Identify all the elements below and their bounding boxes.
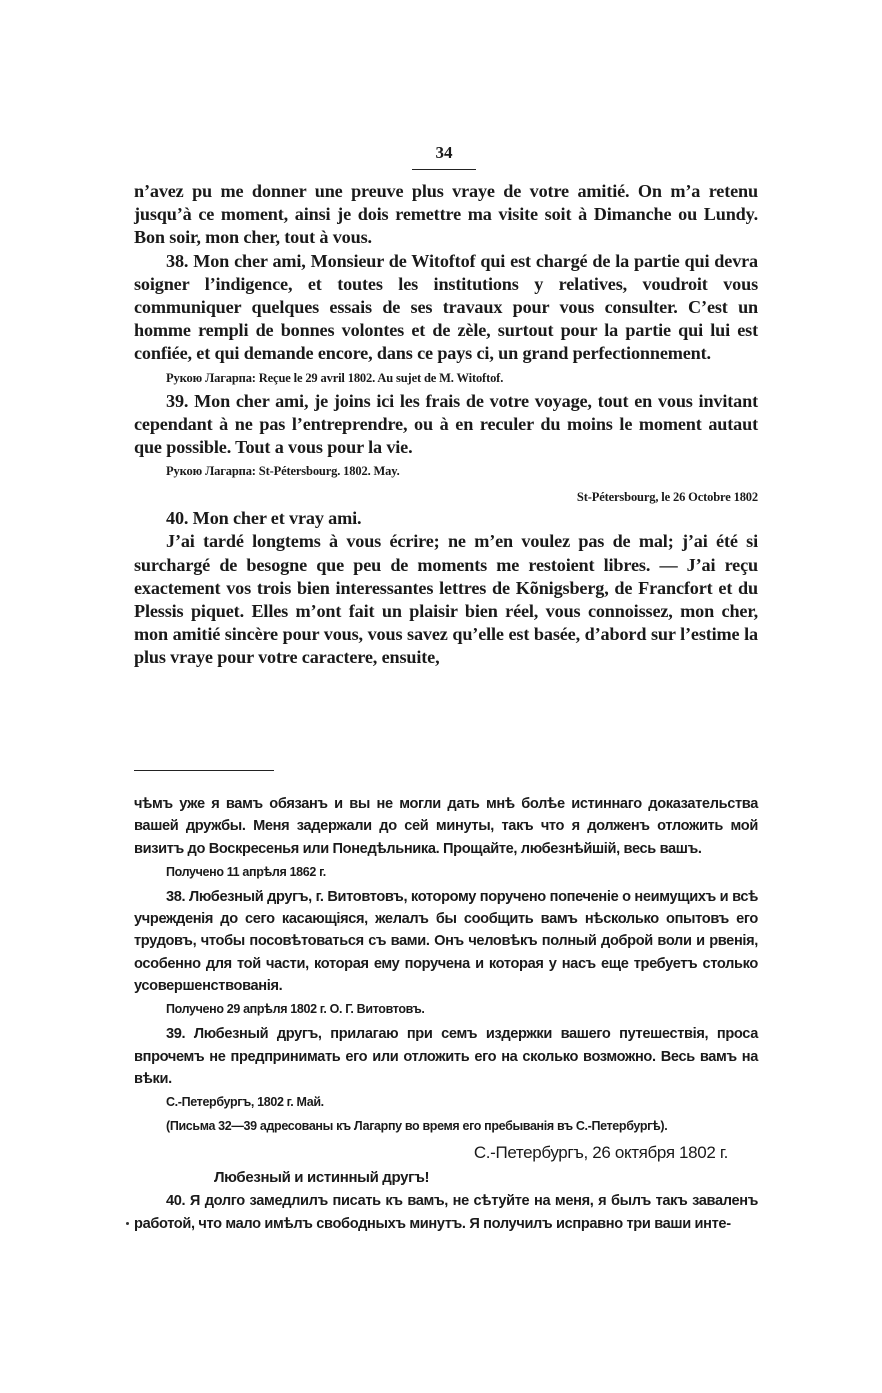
- letter-38-receipt-note: Рукою Лагарпа: Reçue le 29 avril 1802. A…: [134, 368, 758, 388]
- ru-editorial-note: (Письма 32—39 адресованы къ Лагарпу во в…: [134, 1116, 758, 1136]
- footnote-separator: [134, 770, 274, 771]
- ru-letter-38-paragraph: 38. Любезный другъ, г. Витовтовъ, которо…: [134, 886, 758, 997]
- letter-40-paragraph: J’ai tardé longtems à vous écrire; ne m’…: [134, 530, 758, 669]
- ru-letter-40-paragraph: 40. Я долго замедлилъ писать къ вамъ, не…: [134, 1190, 758, 1235]
- continuation-paragraph: n’avez pu me donner une preuve plus vray…: [134, 180, 758, 250]
- ru-letter-38-receipt-note: Получено 29 апрѣля 1802 г. О. Г. Витовто…: [134, 999, 758, 1019]
- letter-39-receipt-note: Рукою Лагарпа: St-Pétersbourg. 1802. May…: [134, 461, 758, 481]
- french-main-text: n’avez pu me donner une preuve plus vray…: [134, 180, 758, 670]
- letter-40-salutation: 40. Mon cher et vray ami.: [134, 507, 758, 530]
- scan-speck: [126, 1222, 129, 1225]
- page-header: 34: [412, 143, 476, 170]
- ru-continuation-receipt-note: Получено 11 апрѣля 1862 г.: [134, 862, 758, 882]
- page-number: 34: [412, 143, 476, 163]
- ru-letter-39-paragraph: 39. Любезный другъ, прилагаю при семъ из…: [134, 1023, 758, 1090]
- letter-38-paragraph: 38. Mon cher ami, Monsieur de Witoftof q…: [134, 250, 758, 366]
- ru-letter-40-salutation: Любезный и истинный другъ!: [134, 1166, 758, 1190]
- ru-letter-39-dateline-note: С.-Петербургъ, 1802 г. Май.: [134, 1092, 758, 1112]
- letter-39-paragraph: 39. Mon cher ami, je joins ici les frais…: [134, 390, 758, 460]
- letter-40-dateline: St-Pétersbourg, le 26 Octobre 1802: [134, 487, 758, 507]
- ru-continuation-paragraph: чѣмъ уже я вамъ обязанъ и вы не могли да…: [134, 793, 758, 860]
- russian-translation-footnotes: чѣмъ уже я вамъ обязанъ и вы не могли да…: [134, 793, 758, 1235]
- ru-letter-40-dateline: С.-Петербургъ, 26 октября 1802 г.: [134, 1140, 758, 1166]
- header-rule: [412, 169, 476, 170]
